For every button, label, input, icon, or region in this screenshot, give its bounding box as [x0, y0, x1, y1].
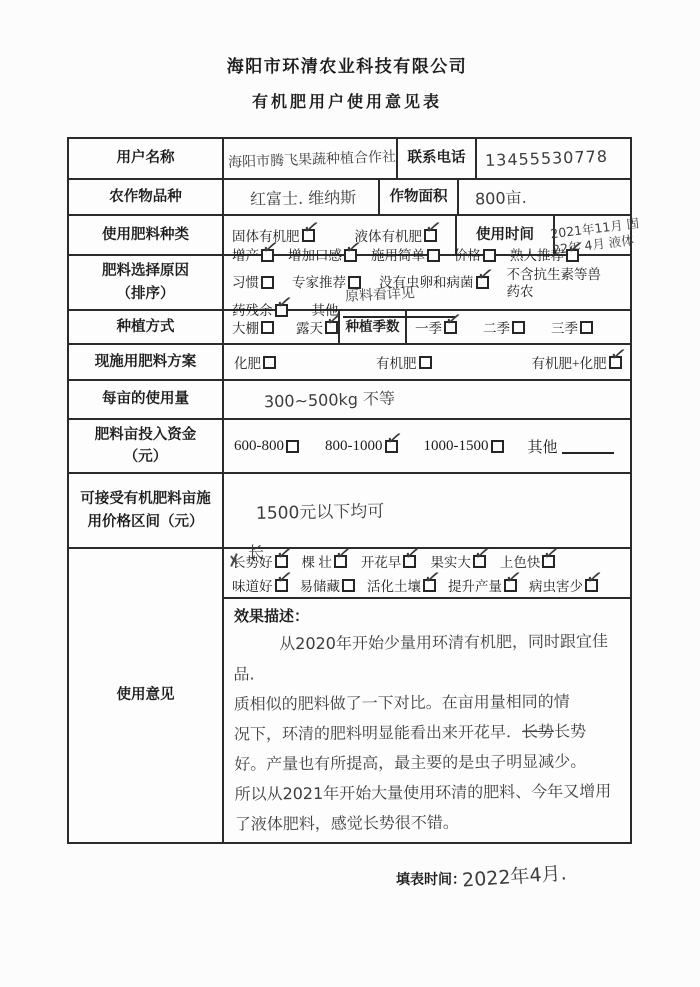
effect-description-label: 效果描述： [234, 605, 620, 626]
option-label: 施用简单 [371, 247, 425, 264]
checkbox[interactable]: ✓ [427, 249, 440, 262]
option-label: 提升产量 [448, 575, 502, 595]
label-contact-phone: 联系电话 [398, 139, 477, 178]
checkbox-option-habit[interactable]: 习惯✓ [232, 274, 274, 291]
handwritten-fill-date: 2022年4月. [461, 858, 567, 892]
option-label: 二季 [483, 317, 510, 337]
row-planting-method: 种植方式 大棚✓ 露天✓ 种植季数 一季✓ 二季✓ 三季✓ [69, 311, 630, 345]
checkbox[interactable]: ✓ [275, 579, 288, 592]
label-planting-method: 种植方式 [69, 311, 224, 343]
description-line: 况下，环清的肥料明显能看出来开花早．长势长势 [234, 716, 620, 749]
field-acceptable-price[interactable]: 1500元以下均可 长 [224, 474, 630, 547]
option-label: 有机肥+化肥 [532, 352, 607, 372]
check-mark-icon: ✓ [402, 541, 423, 564]
check-mark-icon: ✓ [301, 215, 322, 238]
check-mark-icon: ✓ [333, 541, 354, 564]
checkbox[interactable]: ✓ [385, 440, 398, 453]
label-text-sub: （元） [124, 446, 168, 468]
check-mark-icon: ✓ [443, 307, 464, 330]
checkbox[interactable]: ✓ [302, 229, 315, 242]
option-label: 化肥 [234, 352, 261, 372]
label-crop-area: 作物面积 [380, 180, 459, 214]
checkbox-option-three-seasons[interactable]: 三季✓ [551, 317, 593, 337]
option-label: 800-1000 [325, 438, 383, 455]
checkbox[interactable]: ✓ [261, 321, 274, 334]
option-label: 600-800 [234, 438, 284, 455]
checkbox[interactable]: ✓ [566, 249, 579, 262]
description-line: 所以从2021年开始大量使用环清的肥料、今年又增用 [234, 776, 620, 809]
check-mark-icon: ✓ [422, 565, 443, 588]
checkbox-option-price[interactable]: 价格✓ [454, 247, 496, 264]
description-text: 况下，环清的肥料明显能看出来开花早． [234, 722, 522, 744]
description-line: 好。产量也有所提高，最主要的是虫子明显减少。 [234, 746, 620, 779]
checkbox[interactable]: ✓ [403, 555, 416, 568]
checkbox[interactable]: ✓ [444, 321, 457, 334]
option-label: 大棚 [232, 317, 259, 337]
description-line: 从2020年开始少量用环清有机肥，同时跟宜佳品. [233, 626, 620, 689]
check-mark-icon: ✓ [608, 342, 629, 365]
checkbox[interactable]: ✓ [483, 249, 496, 262]
label-text: 种植方式 [117, 316, 175, 338]
checkbox[interactable]: ✓ [512, 321, 525, 334]
checkbox-option-strong-plant[interactable]: 棵 壮✓ [302, 551, 347, 571]
checkbox[interactable]: ✓ [491, 440, 504, 453]
label-usage-feedback: 使用意见 [69, 549, 224, 842]
check-mark-icon: ✓ [260, 235, 281, 258]
option-label: 增产 [232, 247, 259, 264]
check-mark-icon: ✓ [274, 290, 295, 313]
label-text: 可接受有机肥料亩施 [80, 488, 211, 510]
checkbox-option-open-field[interactable]: 露天✓ [296, 317, 338, 337]
option-label: 专家推荐 [292, 274, 346, 291]
checkbox-option-easy-storage[interactable]: 易储藏✓ [300, 575, 356, 595]
checkbox[interactable]: ✓ [344, 249, 357, 262]
checkbox-option-yield-boost[interactable]: 提升产量✓ [448, 575, 517, 595]
label-text: 使用时间 [476, 225, 534, 245]
checkbox-option-easy-apply[interactable]: 施用简单✓ [371, 247, 440, 264]
checkbox[interactable]: ✓ [424, 229, 437, 242]
row-user-name: 用户名称 海阳市腾飞果蔬种植合作社 联系电话 13455530778 [69, 139, 630, 180]
label-text: 使用意见 [117, 684, 175, 706]
label-text: 种植季数 [346, 318, 400, 337]
checkbox-option-better-taste[interactable]: 增加口感✓ [288, 247, 357, 264]
option-label: 价格 [454, 247, 481, 264]
label-usage-per-mu: 每亩的使用量 [69, 381, 224, 418]
row-crop-variety: 农作物品种 红富士. 维纳斯 作物面积 800亩. [69, 180, 630, 216]
option-label: 开花早 [361, 551, 402, 571]
label-text: 肥料亩投入资金 [95, 424, 197, 446]
check-mark-icon: ✓ [472, 541, 493, 564]
handwritten-other-reason: 原料看详见 [344, 285, 415, 306]
label-text: 肥料选择原因 [102, 260, 189, 282]
checkbox[interactable]: ✓ [261, 276, 274, 289]
checkbox[interactable]: ✓ [473, 555, 486, 568]
check-mark-icon: ✓ [343, 235, 364, 258]
checkbox-option-chemical[interactable]: 化肥✓ [234, 352, 276, 372]
checkbox-option-soil-activation[interactable]: 活化土壤✓ [367, 575, 436, 595]
handwritten-phone: 13455530778 [477, 147, 609, 171]
label-text: 现施用肥料方案 [95, 351, 197, 373]
label-text: 作物面积 [390, 187, 448, 207]
form-title: 有机肥用户使用意见表 [0, 89, 694, 112]
label-text: 使用肥料种类 [102, 224, 189, 246]
checkbox-option-fewer-pests[interactable]: 病虫害少✓ [529, 575, 598, 595]
checkbox-option-800-1000[interactable]: 800-1000✓ [325, 438, 398, 455]
label-acceptable-price: 可接受有机肥料亩施 用价格区间（元） [69, 474, 224, 547]
field-current-plan: 化肥✓ 有机肥✓ 有机肥+化肥✓ [224, 345, 630, 379]
label-user-name: 用户名称 [69, 139, 224, 178]
check-mark-icon: ✓ [423, 215, 444, 238]
reason-option-line1: 增产✓ 增加口感✓ 施用简单✓ 价格✓ 熟人推荐✓ [232, 247, 593, 264]
field-crop-area[interactable]: 800亩. [459, 180, 630, 214]
checkbox-option-one-season[interactable]: 一季✓ [415, 317, 457, 337]
checkbox[interactable]: ✓ [585, 579, 598, 592]
option-label: 熟人推荐 [510, 247, 564, 264]
checkbox-option-600-800[interactable]: 600-800✓ [234, 438, 299, 455]
option-label: 活化土壤 [367, 575, 421, 595]
checkbox[interactable]: ✓ [419, 356, 432, 369]
label-text: 用户名称 [117, 147, 175, 169]
handwritten-usage-amount: 300~500kg 不等 [224, 386, 396, 413]
row-usage-feedback: 使用意见 长势好✓ 棵 壮✓ 开花早✓ 果实大✓ 上色快✓ 味道好✓ 易储藏✓ [69, 549, 630, 842]
option-label: 易储藏 [300, 575, 341, 595]
checkbox-option-early-bloom[interactable]: 开花早✓ [361, 551, 417, 571]
check-mark-icon: ✓ [541, 541, 562, 564]
checkbox-option-organic-plus-chemical[interactable]: 有机肥+化肥✓ [532, 352, 622, 372]
field-user-name[interactable]: 海阳市腾飞果蔬种植合作社 [224, 139, 398, 178]
checkbox-option-liquid-organic[interactable]: 液体有机肥✓ [355, 225, 438, 245]
option-label: 棵 壮 [302, 551, 332, 571]
checkbox-option-1000-1500[interactable]: 1000-1500✓ [424, 438, 504, 455]
row-selection-reason: 肥料选择原因 （排序） 增产✓ 增加口感✓ 施用简单✓ 价格✓ 熟人推荐✓ 习惯… [69, 256, 630, 311]
option-label-wrap: 不含抗生素等兽药农 [507, 266, 613, 300]
option-label: 一季 [415, 317, 442, 337]
scanned-form-page: 海阳市环清农业科技有限公司 有机肥用户使用意见表 用户名称 海阳市腾飞果蔬种植合… [0, 0, 700, 987]
checkbox[interactable]: ✓ [580, 321, 593, 334]
feedback-form-table: 用户名称 海阳市腾飞果蔬种植合作社 联系电话 13455530778 农作物品种… [67, 137, 632, 844]
row-usage-per-mu: 每亩的使用量 300~500kg 不等 [69, 381, 630, 420]
field-contact-phone[interactable]: 13455530778 [477, 139, 630, 178]
option-label: 液体有机肥 [355, 225, 423, 245]
struck-out-text: 长势 [522, 722, 554, 741]
label-text: 农作物品种 [109, 186, 182, 208]
checkbox[interactable]: ✓ [542, 555, 555, 568]
label-investment: 肥料亩投入资金 （元） [69, 420, 224, 472]
description-text: 长势 [554, 722, 586, 741]
option-label: 三季 [551, 317, 578, 337]
option-label: 长势好 [232, 551, 273, 571]
effect-description-area[interactable]: 效果描述： 从2020年开始少量用环清有机肥，同时跟宜佳品. 质相似的肥料做了一… [224, 599, 630, 844]
option-label: 病虫害少 [529, 575, 583, 595]
option-label: 1000-1500 [424, 438, 489, 455]
checkbox[interactable]: ✓ [609, 356, 622, 369]
checkbox-option-yield-increase[interactable]: 增产✓ [232, 247, 274, 264]
checkbox-option-two-seasons[interactable]: 二季✓ [483, 317, 525, 337]
field-investment: 600-800✓ 800-1000✓ 1000-1500✓ 其他 [224, 420, 630, 472]
option-label: 有机肥 [376, 352, 417, 372]
field-selection-reason: 增产✓ 增加口感✓ 施用简单✓ 价格✓ 熟人推荐✓ 习惯✓ 专家推荐✓ 没有虫卵… [224, 256, 630, 309]
check-mark-icon: ✓ [274, 541, 295, 564]
handwritten-effect-description: 从2020年开始少量用环清有机肥，同时跟宜佳品. 质相似的肥料做了一下对比。在亩… [233, 626, 621, 839]
label-text-sub: （排序） [117, 283, 175, 305]
feedback-option-line2: 味道好✓ 易储藏✓ 活化土壤✓ 提升产量✓ 病虫害少✓ [232, 575, 630, 595]
label-text: 用价格区间（元） [88, 511, 204, 533]
check-mark-icon: ✓ [274, 565, 295, 588]
field-usage-feedback: 长势好✓ 棵 壮✓ 开花早✓ 果实大✓ 上色快✓ 味道好✓ 易储藏✓ 活化土壤✓… [224, 549, 630, 842]
other-label: 其他 [528, 436, 558, 457]
field-crop-variety[interactable]: 红富士. 维纳斯 [224, 180, 380, 214]
field-planting-seasons: 一季✓ 二季✓ 三季✓ [407, 311, 630, 343]
option-label: 习惯 [232, 274, 259, 291]
label-text: 联系电话 [408, 148, 466, 168]
description-line: 了液体肥料，感觉长势很不错。 [235, 806, 621, 839]
option-label: 露天 [296, 317, 323, 337]
checkbox[interactable]: ✓ [504, 579, 517, 592]
checkbox-option-good-flavor[interactable]: 味道好✓ [232, 575, 288, 595]
company-title: 海阳市环清农业科技有限公司 [0, 52, 694, 77]
feedback-checkbox-area: 长势好✓ 棵 壮✓ 开花早✓ 果实大✓ 上色快✓ 味道好✓ 易储藏✓ 活化土壤✓… [224, 549, 630, 599]
checkbox[interactable]: ✓ [423, 579, 436, 592]
checkbox-option-organic[interactable]: 有机肥✓ [376, 352, 432, 372]
row-investment: 肥料亩投入资金 （元） 600-800✓ 800-1000✓ 1000-1500… [69, 420, 630, 474]
label-current-plan: 现施用肥料方案 [69, 345, 224, 379]
row-acceptable-price: 可接受有机肥料亩施 用价格区间（元） 1500元以下均可 长 [69, 474, 630, 549]
checkbox[interactable]: ✓ [263, 356, 276, 369]
checkbox[interactable]: ✓ [286, 440, 299, 453]
checkbox-option-referral[interactable]: 熟人推荐✓ [510, 247, 579, 264]
check-mark-icon: ✓ [384, 426, 405, 449]
checkbox[interactable]: ✓ [342, 579, 355, 592]
check-mark-icon: ✓ [565, 235, 586, 258]
row-current-plan: 现施用肥料方案 化肥✓ 有机肥✓ 有机肥+化肥✓ [69, 345, 630, 381]
option-label: 增加口感 [288, 247, 342, 264]
description-line: 质相似的肥料做了一下对比。在亩用量相同的情 [234, 686, 620, 719]
label-selection-reason: 肥料选择原因 （排序） [69, 256, 224, 309]
label-planting-seasons: 种植季数 [340, 311, 407, 343]
checkbox[interactable]: ✓ [476, 276, 489, 289]
checkbox[interactable]: ✓ [334, 555, 347, 568]
label-crop-variety: 农作物品种 [69, 180, 224, 214]
handwritten-price-range: 1500元以下均可 [224, 497, 385, 525]
label-fertilizer-type: 使用肥料种类 [69, 216, 224, 254]
option-label: 味道好 [232, 575, 273, 595]
handwritten-crop-variety: 红富士. 维纳斯 [224, 184, 357, 209]
checkbox-option-greenhouse[interactable]: 大棚✓ [232, 317, 274, 337]
field-planting-method: 大棚✓ 露天✓ [224, 311, 340, 343]
handwritten-user-name: 海阳市腾飞果蔬种植合作社 [224, 146, 397, 172]
check-mark-icon: ✓ [503, 565, 524, 588]
checkbox[interactable]: ✓ [325, 321, 338, 334]
label-text: 每亩的使用量 [102, 388, 189, 410]
field-usage-per-mu[interactable]: 300~500kg 不等 [224, 381, 630, 418]
checkbox[interactable]: ✓ [261, 249, 274, 262]
check-mark-icon: ✓ [584, 565, 605, 588]
fill-date-label: 填表时间： [396, 869, 466, 889]
handwritten-crop-area: 800亩. [459, 184, 527, 209]
check-mark-icon: ✓ [475, 262, 496, 285]
other-fill-in[interactable] [562, 438, 614, 454]
